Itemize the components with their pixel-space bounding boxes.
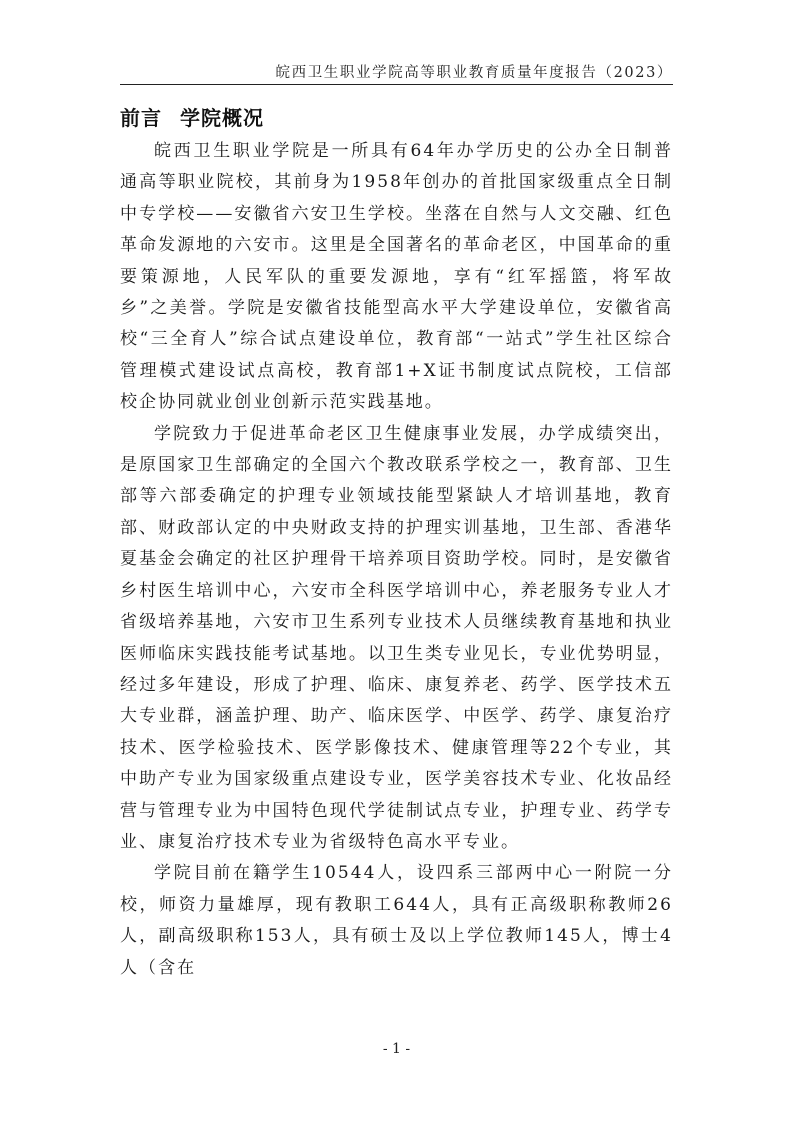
section-heading: 前言学院概况 bbox=[120, 102, 264, 131]
body-text: 皖西卫生职业学院是一所具有64年办学历史的公办全日制普通高等职业院校，其前身为1… bbox=[120, 136, 673, 984]
paragraph-intro: 皖西卫生职业学院是一所具有64年办学历史的公办全日制普通高等职业院校，其前身为1… bbox=[120, 136, 673, 419]
section-label: 前言 bbox=[120, 106, 162, 130]
paragraph-achievements: 学院致力于促进革命老区卫生健康事业发展，办学成绩突出，是原国家卫生部确定的全国六… bbox=[120, 419, 673, 859]
paragraph-staff: 学院目前在籍学生10544人，设四系三部两中心一附院一分校，师资力量雄厚，现有教… bbox=[120, 858, 673, 984]
page-number: - 1 - bbox=[0, 1041, 793, 1057]
running-header: 皖西卫生职业学院高等职业教育质量年度报告（2023） bbox=[120, 62, 673, 85]
running-title: 皖西卫生职业学院高等职业教育质量年度报告（2023） bbox=[276, 65, 674, 81]
section-title: 学院概况 bbox=[180, 106, 264, 130]
